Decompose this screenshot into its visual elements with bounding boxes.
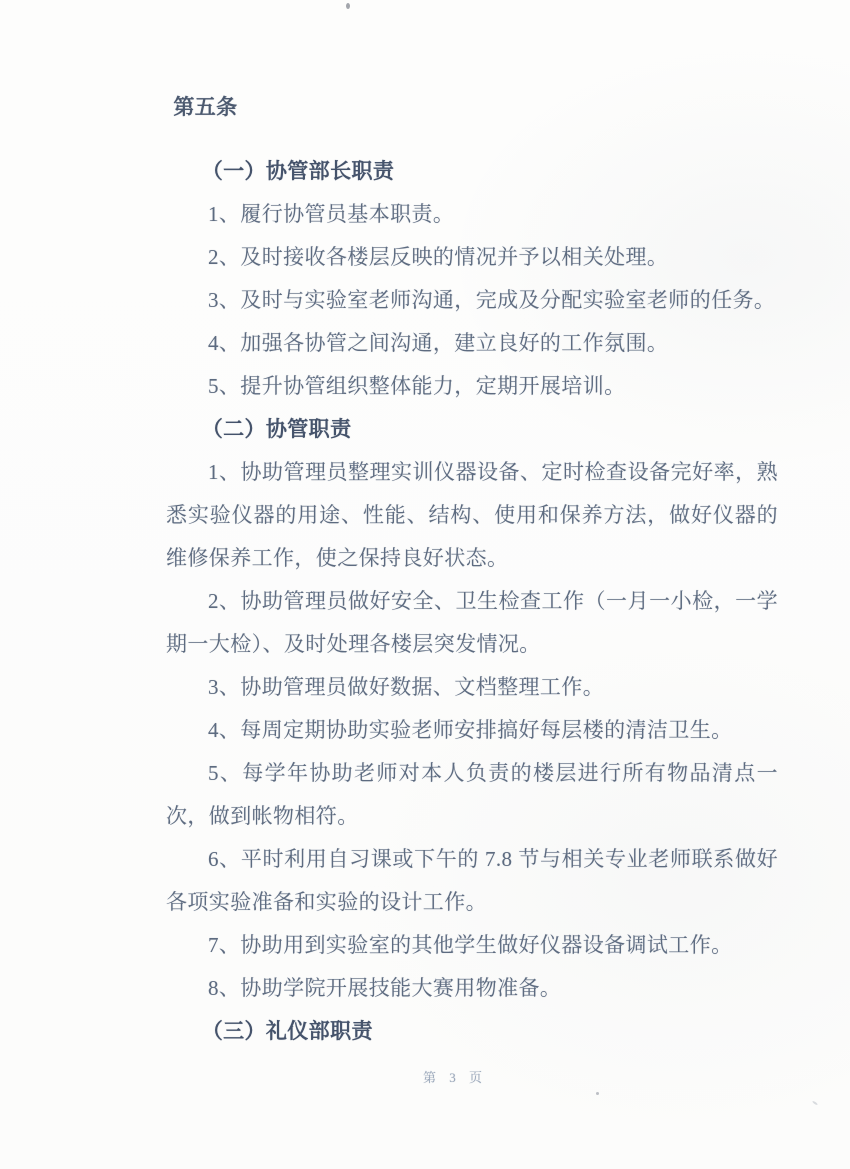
list-item: 5、提升协管组织整体能力，定期开展培训。: [166, 365, 778, 408]
list-item: 5、每学年协助老师对本人负责的楼层进行所有物品清点一次，做到帐物相符。: [166, 752, 778, 838]
section-heading: （一）协管部长职责: [166, 150, 778, 193]
list-item: 3、协助管理员做好数据、文档整理工作。: [166, 666, 778, 709]
page-number: 第 3 页: [60, 1068, 850, 1088]
article-heading: 第五条: [166, 86, 778, 129]
section-assistant-duties: （二）协管职责 1、协助管理员整理实训仪器设备、定时检查设备完好率，熟悉实验仪器…: [166, 408, 778, 1010]
list-item: 4、加强各协管之间沟通，建立良好的工作氛围。: [166, 322, 778, 365]
list-item: 7、协助用到实验室的其他学生做好仪器设备调试工作。: [166, 924, 778, 967]
section-heading: （二）协管职责: [166, 408, 778, 451]
list-item: 1、履行协管员基本职责。: [166, 193, 778, 236]
list-item: 3、及时与实验室老师沟通，完成及分配实验室老师的任务。: [166, 279, 778, 322]
list-item: 2、及时接收各楼层反映的情况并予以相关处理。: [166, 236, 778, 279]
section-assistant-director-duties: （一）协管部长职责 1、履行协管员基本职责。 2、及时接收各楼层反映的情况并予以…: [166, 150, 778, 408]
document-content: 第五条 （一）协管部长职责 1、履行协管员基本职责。 2、及时接收各楼层反映的情…: [166, 86, 778, 1053]
scanned-document-page: 第五条 （一）协管部长职责 1、履行协管员基本职责。 2、及时接收各楼层反映的情…: [0, 0, 850, 1169]
scan-noise-speck: [812, 1100, 818, 1105]
list-item: 4、每周定期协助实验老师安排搞好每层楼的清洁卫生。: [166, 709, 778, 752]
scan-noise-speck: [596, 1092, 599, 1095]
list-item: 2、协助管理员做好安全、卫生检查工作（一月一小检，一学期一大检）、及时处理各楼层…: [166, 580, 778, 666]
list-item: 6、平时利用自习课或下午的 7.8 节与相关专业老师联系做好各项实验准备和实验的…: [166, 838, 778, 924]
section-etiquette-duties: （三）礼仪部职责: [166, 1010, 778, 1053]
list-item: 8、协助学院开展技能大赛用物准备。: [166, 967, 778, 1010]
list-item: 1、协助管理员整理实训仪器设备、定时检查设备完好率，熟悉实验仪器的用途、性能、结…: [166, 451, 778, 580]
scan-noise-speck: [346, 3, 350, 9]
section-heading: （三）礼仪部职责: [166, 1010, 778, 1053]
